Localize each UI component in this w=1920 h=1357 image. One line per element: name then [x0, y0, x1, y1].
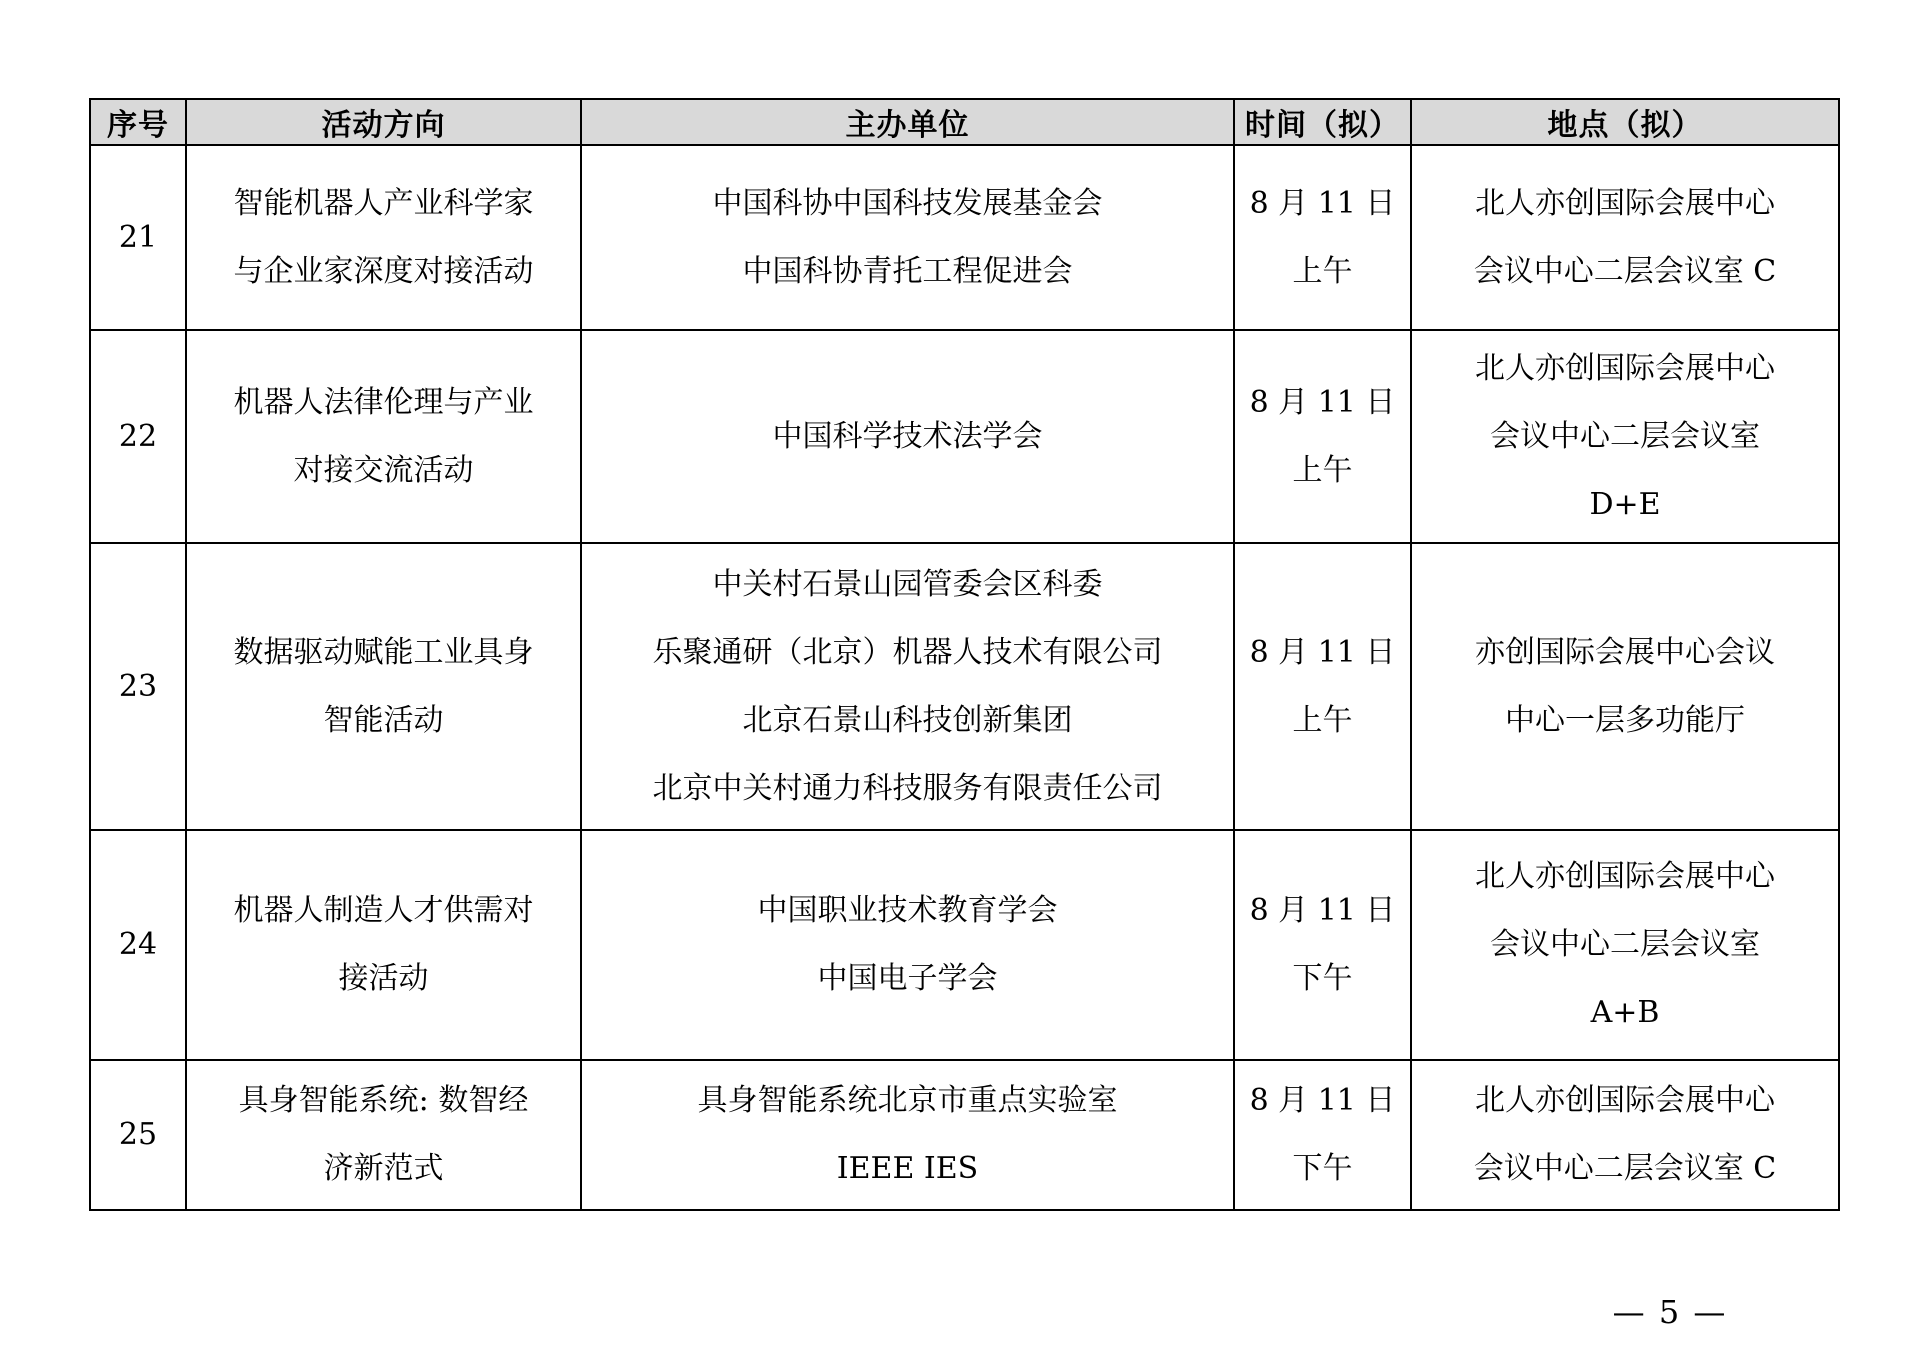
text-line: 智能活动	[187, 687, 580, 755]
header-time: 时间（拟）	[1234, 99, 1411, 145]
text-line: 中国科学技术法学会	[582, 403, 1233, 471]
text-line: 中国科协青托工程促进会	[582, 238, 1233, 306]
cell-activity: 具身智能系统: 数智经济新范式	[186, 1060, 581, 1210]
text-line: 乐聚通研（北京）机器人技术有限公司	[582, 619, 1233, 687]
cell-location: 北人亦创国际会展中心会议中心二层会议室 C	[1411, 145, 1839, 330]
cell-no: 24	[90, 830, 186, 1060]
cell-time: 8 月 11 日上午	[1234, 543, 1411, 830]
text-line: 中国职业技术教育学会	[582, 877, 1233, 945]
text-line: 北京石景山科技创新集团	[582, 687, 1233, 755]
text-line: 8 月 11 日	[1235, 619, 1410, 687]
document-page: 序号 活动方向 主办单位 时间（拟） 地点（拟） 21智能机器人产业科学家与企业…	[0, 0, 1920, 1357]
text-line: 北京中关村通力科技服务有限责任公司	[582, 755, 1233, 823]
cell-organizers: 中关村石景山园管委会区科委乐聚通研（北京）机器人技术有限公司北京石景山科技创新集…	[581, 543, 1234, 830]
text-line: 会议中心二层会议室 C	[1412, 238, 1838, 306]
text-line: 北人亦创国际会展中心	[1412, 335, 1838, 403]
text-line: 智能机器人产业科学家	[187, 170, 580, 238]
text-line: 具身智能系统北京市重点实验室	[582, 1067, 1233, 1135]
header-activity: 活动方向	[186, 99, 581, 145]
text-line: 数据驱动赋能工业具身	[187, 619, 580, 687]
cell-time: 8 月 11 日上午	[1234, 330, 1411, 543]
cell-no: 23	[90, 543, 186, 830]
text-line: 机器人法律伦理与产业	[187, 369, 580, 437]
schedule-table: 序号 活动方向 主办单位 时间（拟） 地点（拟） 21智能机器人产业科学家与企业…	[89, 98, 1840, 1211]
header-location: 地点（拟）	[1411, 99, 1839, 145]
text-line: 上午	[1235, 437, 1410, 505]
cell-organizers: 中国职业技术教育学会中国电子学会	[581, 830, 1234, 1060]
cell-activity: 机器人制造人才供需对接活动	[186, 830, 581, 1060]
text-line: 会议中心二层会议室	[1412, 403, 1838, 471]
text-line: 下午	[1235, 1135, 1410, 1203]
text-line: 中国科协中国科技发展基金会	[582, 170, 1233, 238]
text-line: IEEE IES	[582, 1135, 1233, 1203]
text-line: 亦创国际会展中心会议	[1412, 619, 1838, 687]
text-line: 21	[91, 218, 185, 258]
text-line: 24	[91, 925, 185, 965]
text-line: 机器人制造人才供需对	[187, 877, 580, 945]
cell-organizers: 中国科学技术法学会	[581, 330, 1234, 543]
header-no: 序号	[90, 99, 186, 145]
text-line: 上午	[1235, 687, 1410, 755]
cell-organizers: 中国科协中国科技发展基金会中国科协青托工程促进会	[581, 145, 1234, 330]
table-row: 24机器人制造人才供需对接活动中国职业技术教育学会中国电子学会8 月 11 日下…	[90, 830, 1839, 1060]
text-line: 会议中心二层会议室	[1412, 911, 1838, 979]
cell-time: 8 月 11 日上午	[1234, 145, 1411, 330]
text-line: 22	[91, 417, 185, 457]
text-line: D+E	[1412, 471, 1838, 539]
text-line: 下午	[1235, 945, 1410, 1013]
cell-location: 亦创国际会展中心会议中心一层多功能厅	[1411, 543, 1839, 830]
text-line: 对接交流活动	[187, 437, 580, 505]
text-line: 8 月 11 日	[1235, 877, 1410, 945]
cell-time: 8 月 11 日下午	[1234, 830, 1411, 1060]
text-line: 中国电子学会	[582, 945, 1233, 1013]
table-row: 25具身智能系统: 数智经济新范式具身智能系统北京市重点实验室IEEE IES8…	[90, 1060, 1839, 1210]
text-line: 8 月 11 日	[1235, 170, 1410, 238]
cell-activity: 数据驱动赋能工业具身智能活动	[186, 543, 581, 830]
header-organizer: 主办单位	[581, 99, 1234, 145]
cell-location: 北人亦创国际会展中心会议中心二层会议室 C	[1411, 1060, 1839, 1210]
cell-activity: 机器人法律伦理与产业对接交流活动	[186, 330, 581, 543]
cell-activity: 智能机器人产业科学家与企业家深度对接活动	[186, 145, 581, 330]
text-line: 接活动	[187, 945, 580, 1013]
text-line: 具身智能系统: 数智经	[187, 1067, 580, 1135]
cell-no: 25	[90, 1060, 186, 1210]
page-number: — 5 —	[1590, 1293, 1750, 1331]
cell-no: 21	[90, 145, 186, 330]
text-line: 23	[91, 667, 185, 707]
text-line: 北人亦创国际会展中心	[1412, 170, 1838, 238]
table-row: 22机器人法律伦理与产业对接交流活动中国科学技术法学会8 月 11 日上午北人亦…	[90, 330, 1839, 543]
header-row: 序号 活动方向 主办单位 时间（拟） 地点（拟）	[90, 99, 1839, 145]
text-line: 济新范式	[187, 1135, 580, 1203]
text-line: 8 月 11 日	[1235, 369, 1410, 437]
text-line: 中关村石景山园管委会区科委	[582, 551, 1233, 619]
text-line: 与企业家深度对接活动	[187, 238, 580, 306]
text-line: 中心一层多功能厅	[1412, 687, 1838, 755]
text-line: 北人亦创国际会展中心	[1412, 843, 1838, 911]
cell-organizers: 具身智能系统北京市重点实验室IEEE IES	[581, 1060, 1234, 1210]
table-row: 21智能机器人产业科学家与企业家深度对接活动中国科协中国科技发展基金会中国科协青…	[90, 145, 1839, 330]
cell-location: 北人亦创国际会展中心会议中心二层会议室D+E	[1411, 330, 1839, 543]
text-line: 25	[91, 1115, 185, 1155]
text-line: A+B	[1412, 979, 1838, 1047]
text-line: 8 月 11 日	[1235, 1067, 1410, 1135]
cell-location: 北人亦创国际会展中心会议中心二层会议室A+B	[1411, 830, 1839, 1060]
cell-no: 22	[90, 330, 186, 543]
text-line: 北人亦创国际会展中心	[1412, 1067, 1838, 1135]
table-row: 23数据驱动赋能工业具身智能活动中关村石景山园管委会区科委乐聚通研（北京）机器人…	[90, 543, 1839, 830]
text-line: 上午	[1235, 238, 1410, 306]
cell-time: 8 月 11 日下午	[1234, 1060, 1411, 1210]
text-line: 会议中心二层会议室 C	[1412, 1135, 1838, 1203]
